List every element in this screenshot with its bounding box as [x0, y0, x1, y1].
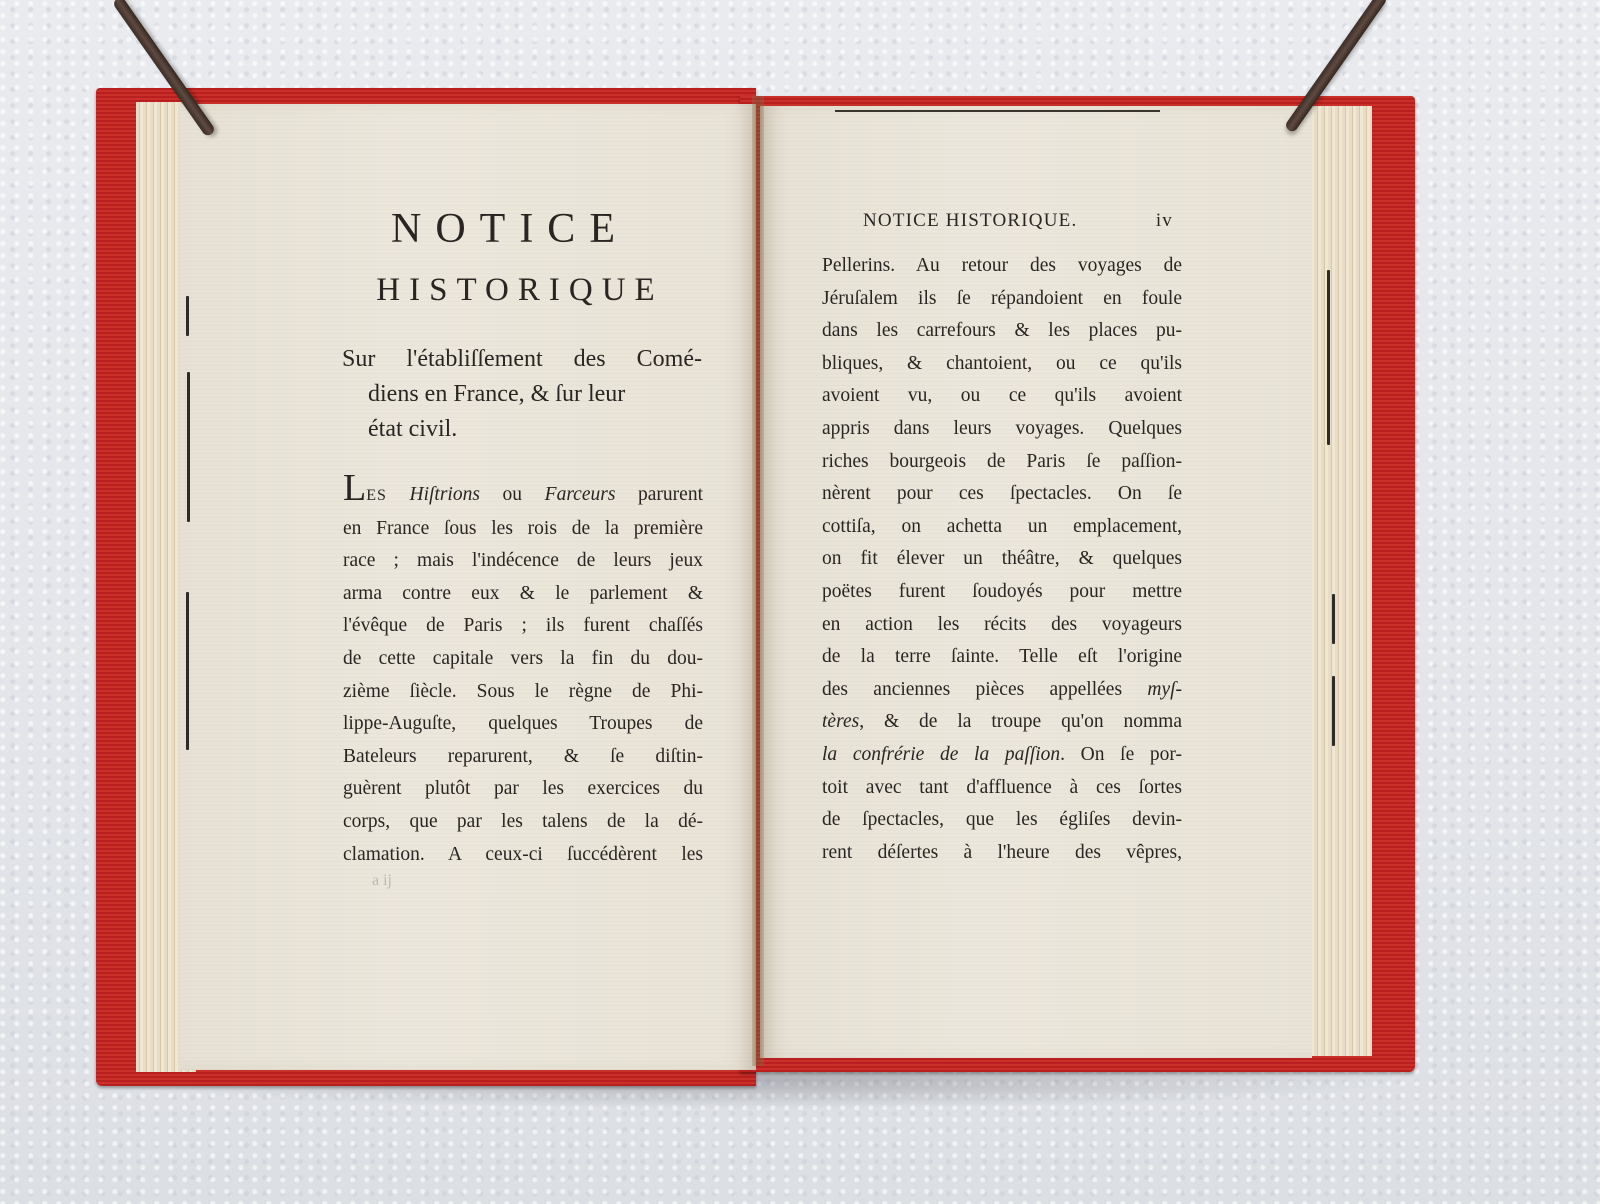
body-line: de ſpectacles, que les égliſes devin-: [822, 804, 1182, 837]
body-line: guèrent plutôt par les exercices du: [343, 773, 703, 806]
body-line: de cette capitale vers la fin du dou-: [343, 643, 703, 676]
subtitle-line: état civil.: [342, 412, 702, 447]
italic-term: myſ-: [1147, 679, 1182, 700]
body-line: riches bourgeois de Paris ſe paſſion-: [822, 446, 1182, 479]
subtitle-line: diens en France, & ſur leur: [342, 377, 702, 412]
italic-term: Hiſtrions: [410, 484, 480, 505]
body-line: en France ſous les rois de la première: [343, 513, 703, 546]
body-line: en action les récits des voyageurs: [822, 609, 1182, 642]
body-line: cottiſa, on achetta un emplacement,: [822, 511, 1182, 544]
body-line: Jéruſalem ils ſe répandoient en foule: [822, 283, 1182, 316]
body-line: rent déſertes à l'heure des vêpres,: [822, 837, 1182, 870]
body-line: arma contre eux & le parlement &: [343, 578, 703, 611]
running-head-title: NOTICE HISTORIQUE.: [863, 210, 1077, 231]
body-line: on fit élever un théâtre, & quelques: [822, 543, 1182, 576]
body-line: la confrérie de la paſſion. On ſe por-: [822, 739, 1182, 772]
small-caps: ES: [366, 487, 387, 504]
title-line-2: HISTORIQUE: [340, 272, 700, 309]
subtitle: Sur l'établiſſement des Comé- diens en F…: [342, 342, 702, 447]
running-head: NOTICE HISTORIQUE. iv: [863, 210, 1173, 232]
top-rule: [835, 110, 1160, 112]
edge-mark: [1332, 594, 1335, 644]
edge-mark: [1327, 270, 1330, 445]
body-line: lippe-Auguſte, quelques Troupes de: [343, 708, 703, 741]
italic-term: la confrérie de la paſſion: [822, 744, 1060, 765]
body-line: corps, que par les talens de la dé-: [343, 806, 703, 839]
page-number: iv: [1156, 210, 1173, 232]
body-line: appris dans leurs voyages. Quelques: [822, 413, 1182, 446]
book-gutter: [752, 96, 764, 1066]
edge-mark: [186, 296, 189, 336]
left-body-text: LES Hiſtrions ou Farceurs parurent en Fr…: [343, 478, 703, 871]
word: parurent: [638, 484, 703, 505]
edge-mark: [187, 372, 190, 522]
word: ou: [503, 484, 523, 505]
italic-term: Farceurs: [545, 484, 616, 505]
body-line: poëtes furent ſoudoyés pour mettre: [822, 576, 1182, 609]
subtitle-line: Sur l'établiſſement des Comé-: [342, 342, 702, 377]
word-run: . On ſe por-: [1060, 744, 1182, 765]
body-line: des anciennes pièces appellées myſ-: [822, 674, 1182, 707]
body-line: Bateleurs reparurent, & ſe diſtin-: [343, 741, 703, 774]
first-line: LES Hiſtrions ou Farceurs parurent: [343, 478, 703, 513]
body-line: Pellerins. Au retour des voyages de: [822, 250, 1182, 283]
body-line: avoient vu, ou ce qu'ils avoient: [822, 380, 1182, 413]
body-line: nèrent pour ces ſpectacles. On ſe: [822, 478, 1182, 511]
edge-mark: [1332, 676, 1335, 746]
body-line: race ; mais l'indécence de leurs jeux: [343, 545, 703, 578]
body-line: zième ſiècle. Sous le règne de Phi-: [343, 676, 703, 709]
signature-mark: a ij: [372, 872, 392, 890]
italic-term: tères: [822, 711, 859, 732]
body-line: clamation. A ceux-ci ſuccédèrent les: [343, 839, 703, 872]
body-line: toit avec tant d'affluence à ces ſortes: [822, 772, 1182, 805]
edge-mark: [186, 592, 189, 750]
drop-cap: L: [343, 467, 366, 509]
right-body-text: Pellerins. Au retour des voyages de Jéru…: [822, 250, 1182, 869]
body-line: dans les carrefours & les places pu-: [822, 315, 1182, 348]
body-line: de la terre ſainte. Telle eſt l'origine: [822, 641, 1182, 674]
body-line: tères, & de la troupe qu'on nomma: [822, 706, 1182, 739]
body-line: l'évêque de Paris ; ils furent chaſſés: [343, 610, 703, 643]
body-line: bliques, & chantoient, ou ce qu'ils: [822, 348, 1182, 381]
title-line-1: NOTICE: [340, 205, 680, 253]
word-run: , & de la troupe qu'on nomma: [859, 711, 1182, 732]
word-run: des anciennes pièces appellées: [822, 679, 1122, 700]
